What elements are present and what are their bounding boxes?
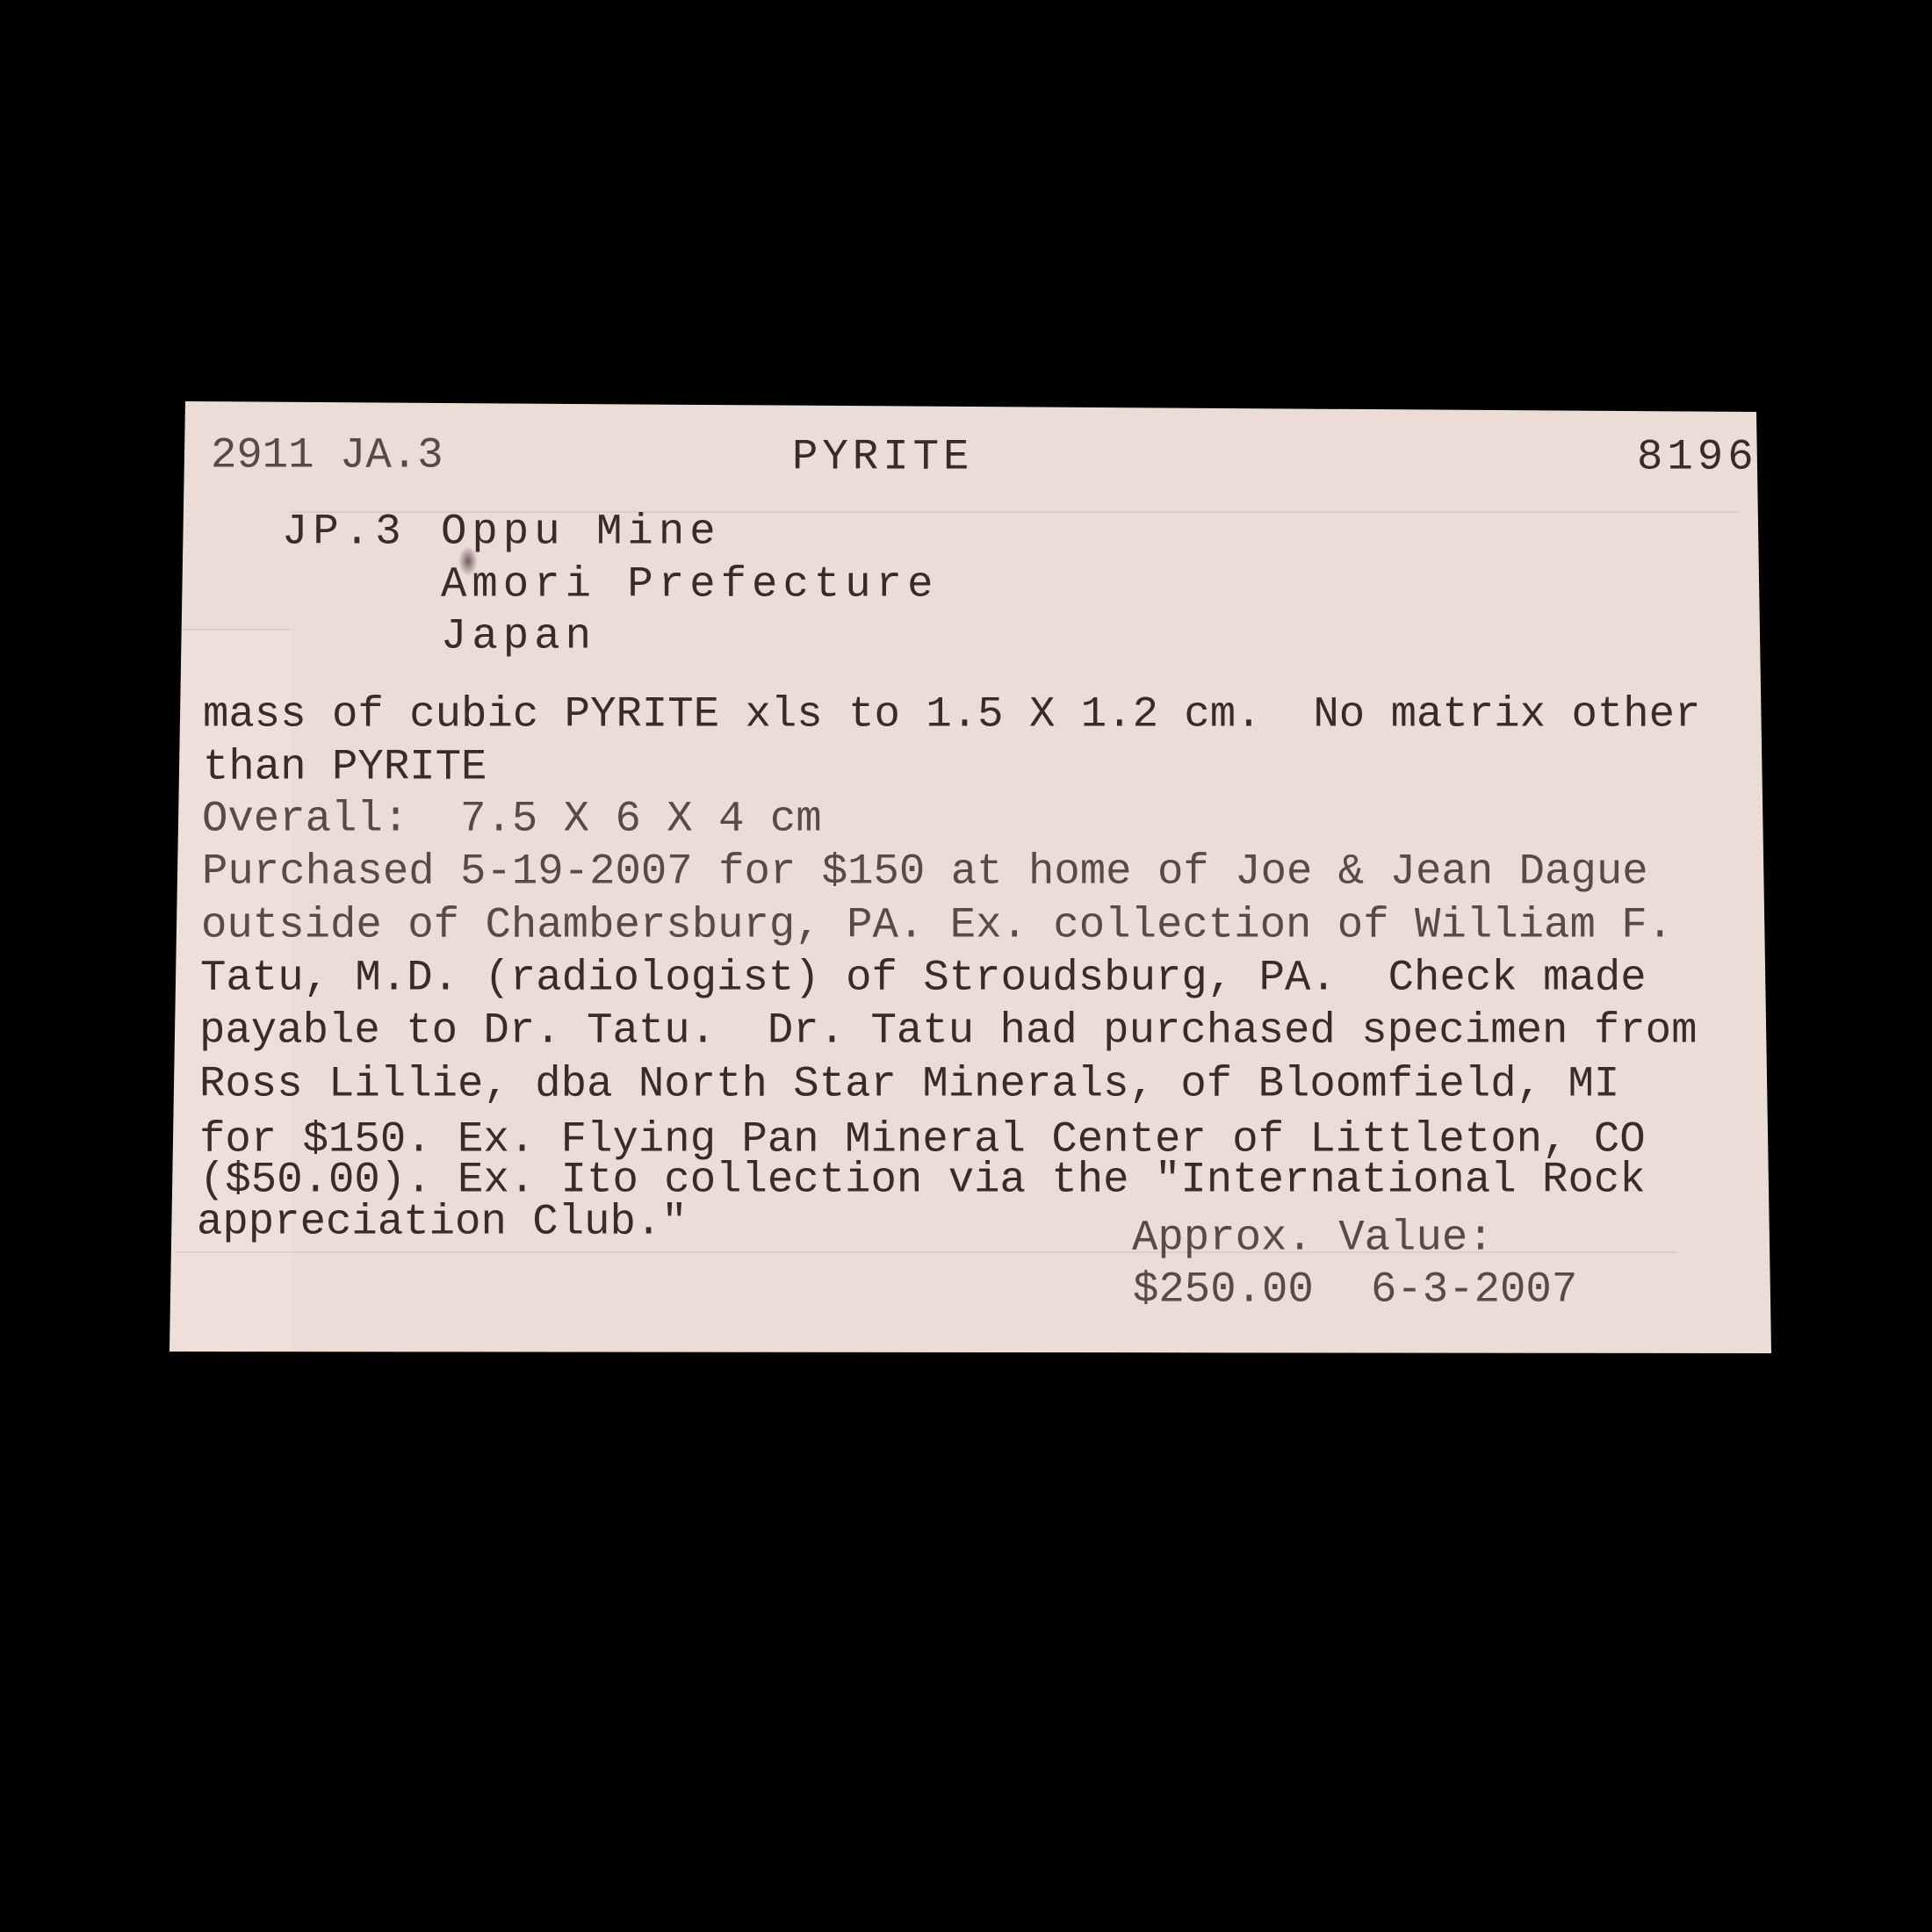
description-line: Ross Lillie, dba North Star Minerals, of…: [199, 1063, 1619, 1107]
description-line: payable to Dr. Tatu. Dr. Tatu had purcha…: [199, 1010, 1697, 1053]
description-line: mass of cubic PYRITE xls to 1.5 X 1.2 cm…: [203, 694, 1700, 737]
description-line: Purchased 5-19-2007 for $150 at home of …: [202, 851, 1648, 894]
approx-value-label: Approx. Value:: [1132, 1217, 1494, 1260]
paper-fold-line: [176, 629, 290, 631]
description-line: Tatu, M.D. (radiologist) of Stroudsburg,…: [200, 957, 1647, 1000]
description-line: outside of Chambersburg, PA. Ex. collect…: [201, 905, 1673, 948]
mineral-name: PYRITE: [792, 436, 973, 479]
approx-value-amount: $250.00: [1133, 1269, 1314, 1312]
description-line: ($50.00). Ex. Ito collection via the "In…: [199, 1159, 1646, 1202]
ink-smudge: [458, 546, 478, 576]
description-line: Overall: 7.5 X 6 X 4 cm: [202, 798, 822, 841]
description-line: than PYRITE: [203, 746, 487, 789]
description-line: appreciation Club.": [197, 1201, 688, 1244]
region-code: JP.3: [282, 511, 407, 554]
approx-value-date: 6-3-2007: [1371, 1269, 1577, 1312]
locality-mine: Oppu Mine: [441, 511, 721, 554]
locality-country: Japan: [441, 616, 596, 659]
specimen-label-card: 2911 JA.3 PYRITE 8196 JP.3 Oppu Mine Amo…: [0, 0, 1932, 1932]
catalog-code: 2911 JA.3: [211, 435, 443, 478]
specimen-number: 8196: [1637, 436, 1758, 479]
locality-prefecture: Amori Prefecture: [441, 564, 938, 607]
